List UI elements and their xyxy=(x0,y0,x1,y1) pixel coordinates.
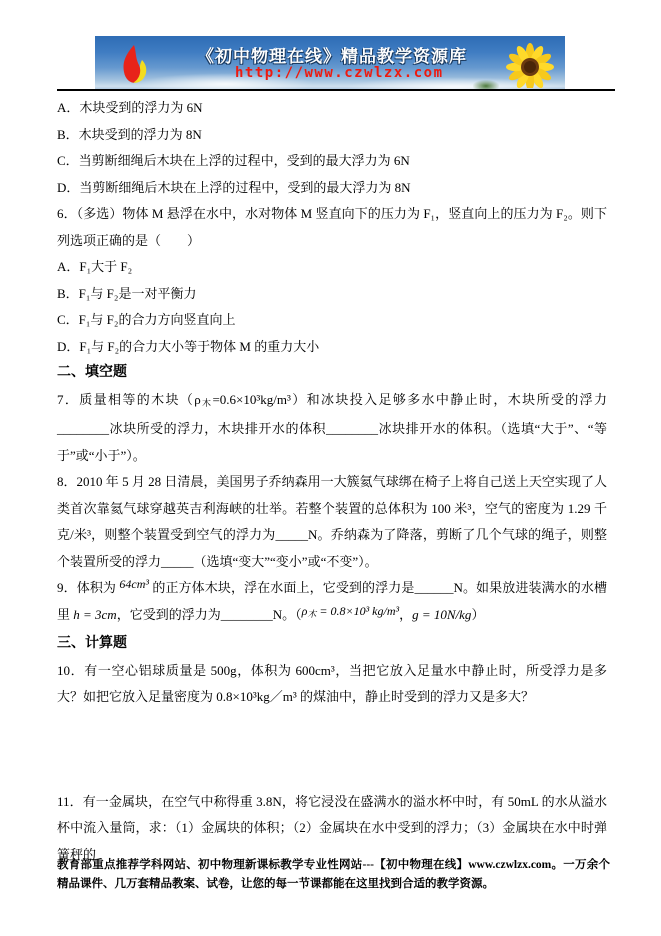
density-subscript: 木 xyxy=(201,398,213,408)
option-line: C．F₁与 F₂的合力方向竖直向上 xyxy=(57,307,607,334)
document-body: A．木块受到的浮力为 6N B．木块受到的浮力为 8N C．当剪断细绳后木块在上… xyxy=(57,95,607,868)
question-7-text: 7．质量相等的木块（ρ xyxy=(57,392,201,407)
question-6-stem: 6．（多选）物体 M 悬浮在水中，水对物体 M 竖直向下的压力为 F₁，竖直向上… xyxy=(57,201,607,254)
question-9-text: 9．体积为 xyxy=(57,580,119,595)
header-divider xyxy=(57,89,615,91)
site-logo-icon xyxy=(111,42,157,89)
option-line: D．F₁与 F₂的合力大小等于物体 M 的重力大小 xyxy=(57,334,607,361)
question-9-text: ， xyxy=(399,607,412,622)
question-9: 9．体积为 64cm³ 的正方体木块，浮在水面上，它受到的浮力是______N。… xyxy=(57,575,607,631)
density-value: = 0.8×10³ kg/m³ xyxy=(316,604,399,618)
option-line: A．F₁大于 F₂ xyxy=(57,254,607,281)
option-line: D．当剪断细绳后木块在上浮的过程中，受到的最大浮力为 8N xyxy=(57,175,607,202)
volume-formula: 64cm³ xyxy=(119,577,149,591)
worksheet-page: 《初中物理在线》精品教学资源库 http://www.czwlzx.com xyxy=(0,0,661,936)
question-7: 7．质量相等的木块（ρ木=0.6×10³kg/m³）和冰块投入足够多水中静止时，… xyxy=(57,387,607,470)
site-banner: 《初中物理在线》精品教学资源库 http://www.czwlzx.com xyxy=(95,36,565,89)
calculation-space xyxy=(57,711,607,789)
question-8: 8．2010 年 5 月 28 日清晨，美国男子乔纳森用一大簇氦气球绑在椅子上将… xyxy=(57,469,607,575)
option-line: B．F₁与 F₂是一对平衡力 xyxy=(57,281,607,308)
option-line: B．木块受到的浮力为 8N xyxy=(57,122,607,149)
gravity-formula: g = 10N/kg xyxy=(412,607,471,622)
section-heading-calculation: 三、计算题 xyxy=(57,631,607,658)
question-10: 10．有一空心铝球质量是 500g，体积为 600cm³，当把它放入足量水中静止… xyxy=(57,658,607,711)
question-9-text: ） xyxy=(471,607,484,622)
option-line: A．木块受到的浮力为 6N xyxy=(57,95,607,122)
section-heading-fill-blank: 二、填空题 xyxy=(57,360,607,387)
density-formula: ρ木 = 0.8×10³ kg/m³ xyxy=(302,604,400,618)
sunflower-image xyxy=(497,40,559,89)
height-formula: h = 3cm xyxy=(73,607,116,622)
option-line: C．当剪断细绳后木块在上浮的过程中，受到的最大浮力为 6N xyxy=(57,148,607,175)
grass-decoration xyxy=(473,80,499,89)
question-9-text: ，它受到的浮力为________N。（ xyxy=(117,607,302,622)
page-footer: 教育部重点推荐学科网站、初中物理新课标教学专业性网站---【初中物理在线】www… xyxy=(57,856,610,893)
banner-url[interactable]: http://www.czwlzx.com xyxy=(235,65,444,81)
